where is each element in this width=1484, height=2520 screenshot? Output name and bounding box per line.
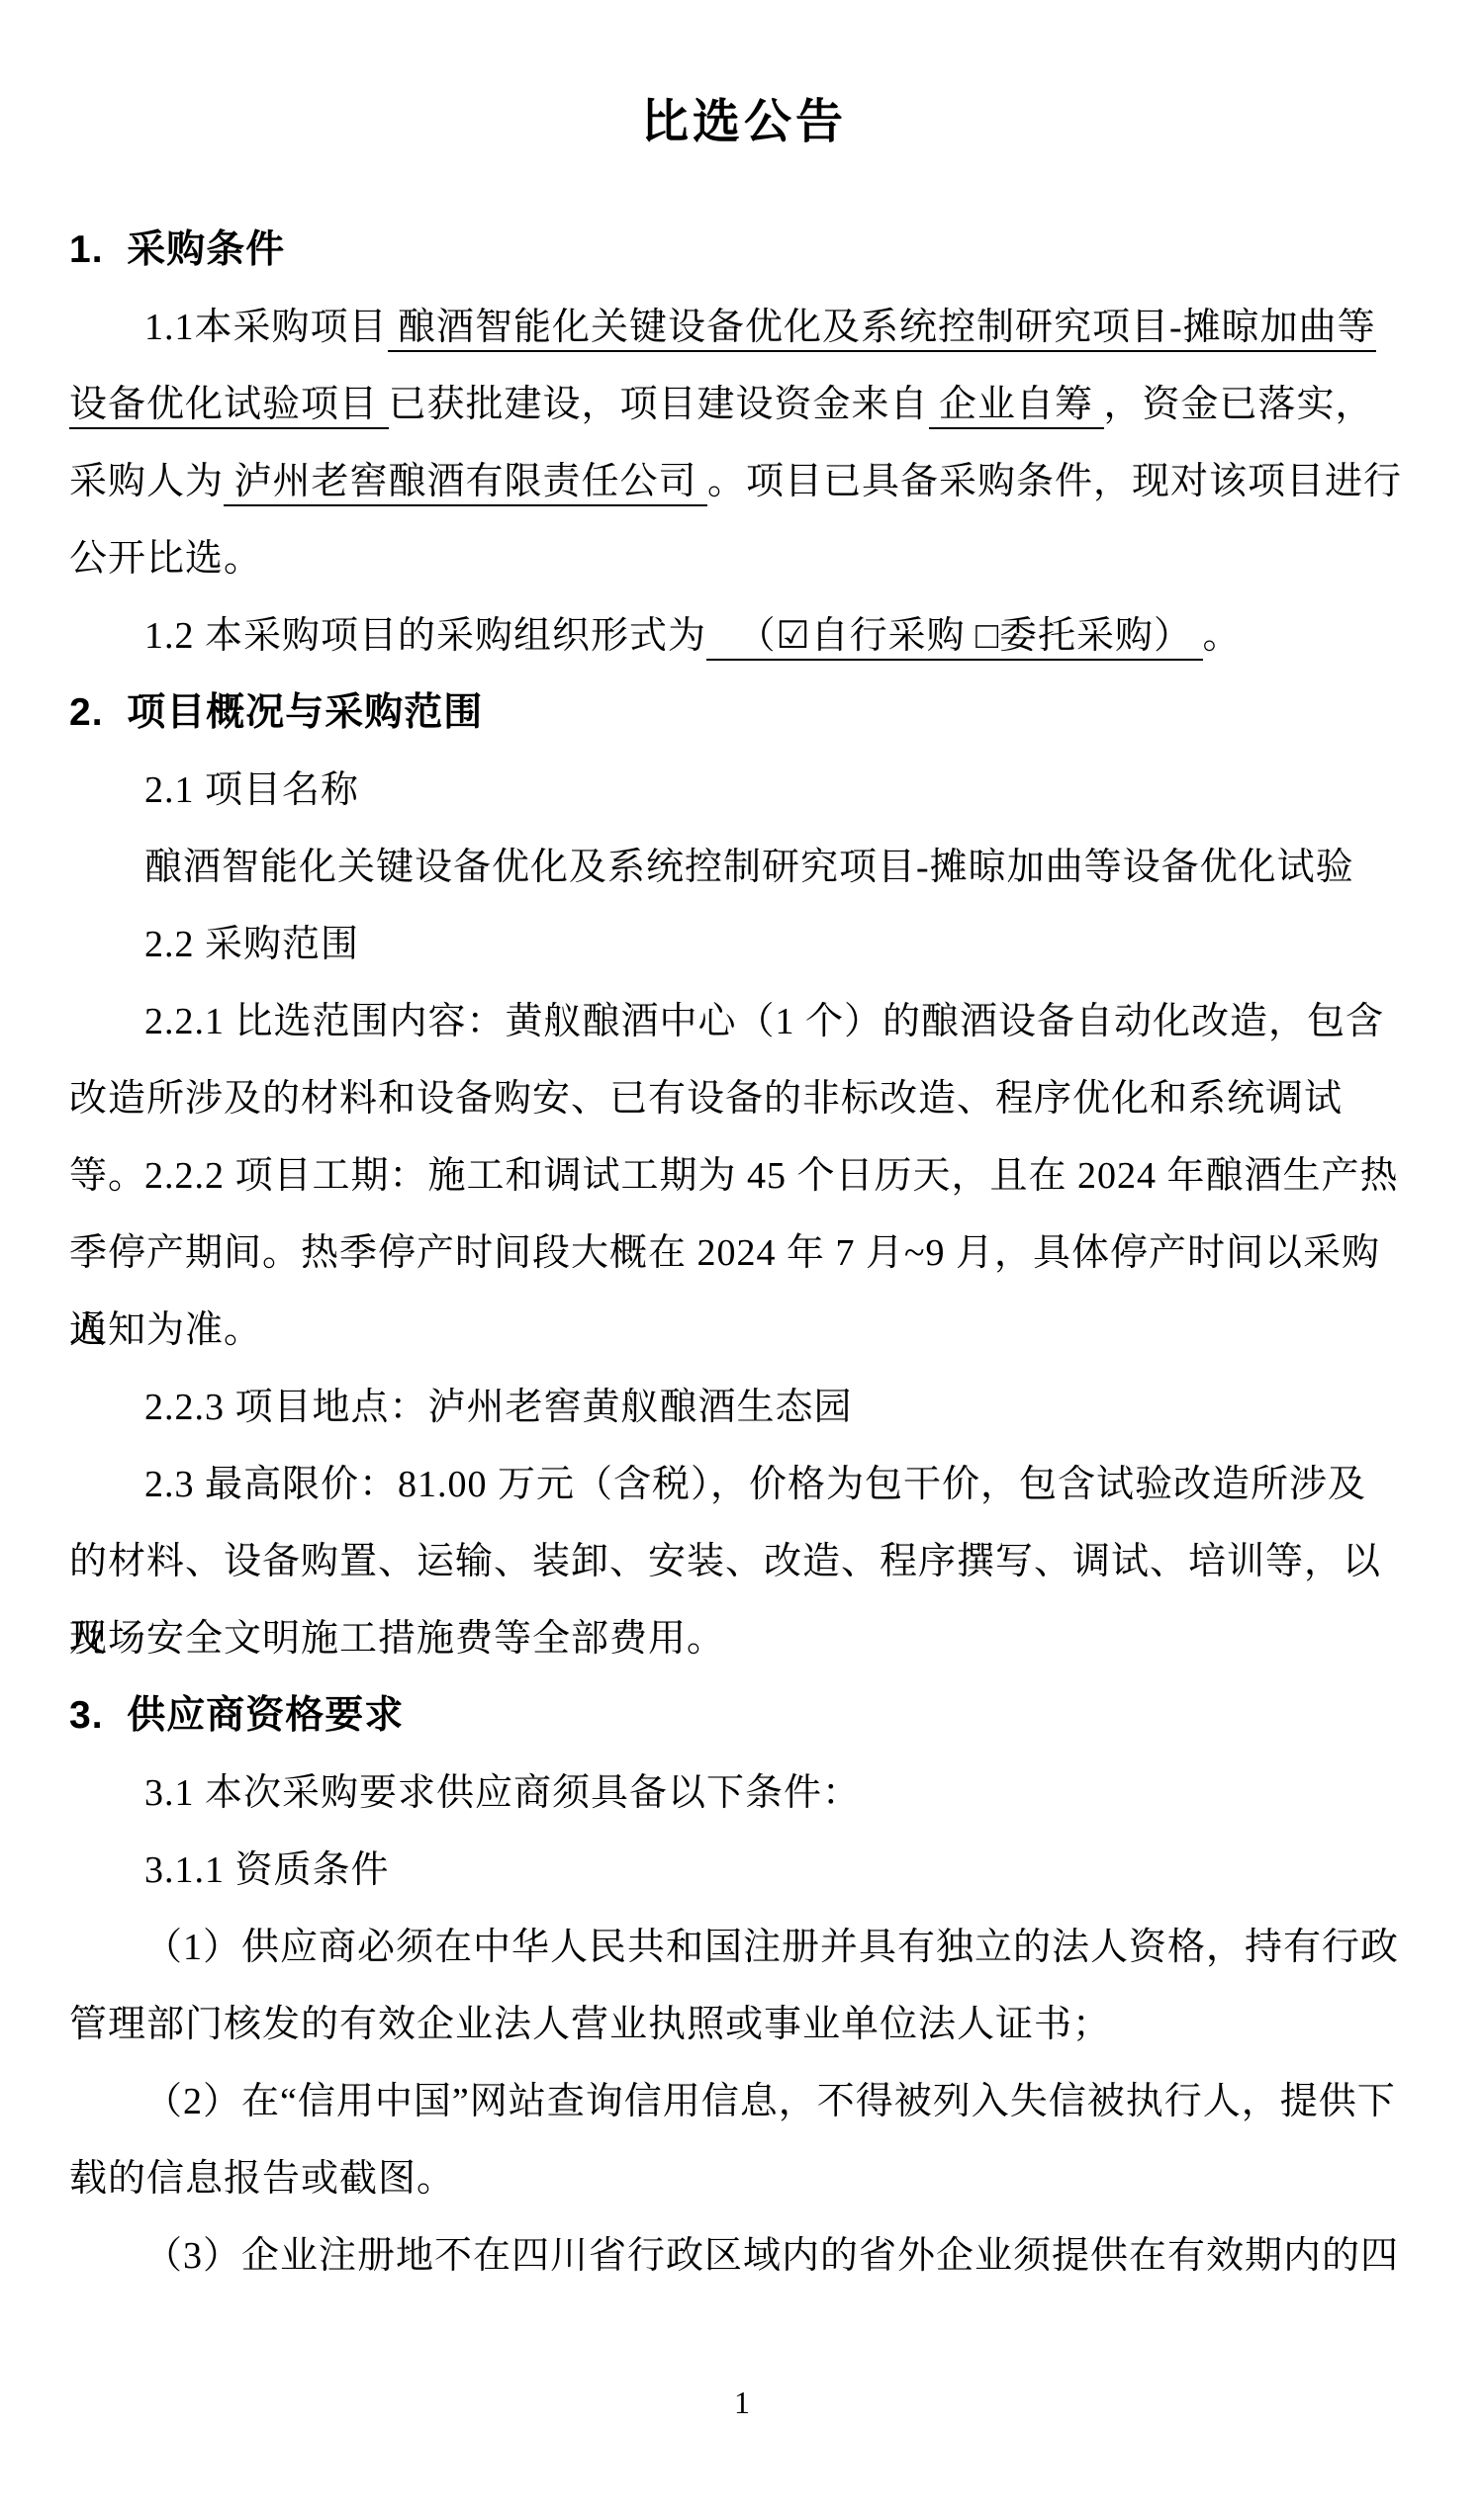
text-segment: 载的信息报告或截图。 bbox=[69, 2158, 455, 2200]
doc-line: 采购人为 泸州老窖酿酒有限责任公司 。项目已具备采购条件，现对该项目进行 bbox=[69, 443, 1419, 520]
page-title: 比选公告 bbox=[69, 77, 1419, 168]
text-segment: 公开比选。 bbox=[69, 538, 262, 580]
doc-line: 1.2 本采购项目的采购组织形式为 （☑自行采购 □委托采购） 。 bbox=[69, 597, 1419, 675]
doc-line: 3.1 本次采购要求供应商须具备以下条件： bbox=[69, 1755, 1419, 1832]
doc-line: 1.1本采购项目 酿酒智能化关键设备优化及系统控制研究项目-摊晾加曲等 bbox=[69, 289, 1419, 366]
doc-line: 载的信息报告或截图。 bbox=[69, 2140, 1419, 2217]
text-segment: 通知为准。 bbox=[69, 1309, 262, 1351]
text-segment: 3.1 本次采购要求供应商须具备以下条件： bbox=[144, 1772, 861, 1814]
document-page: 比选公告 1. 采购条件1.1本采购项目 酿酒智能化关键设备优化及系统控制研究项… bbox=[0, 0, 1484, 2520]
text-segment: 2. 项目概况与采购范围 bbox=[69, 691, 483, 734]
doc-line: （3）企业注册地不在四川省行政区域内的省外企业须提供在有效期内的四 bbox=[69, 2217, 1419, 2295]
text-segment: 1.2 本采购项目的采购组织形式为 bbox=[144, 615, 706, 657]
doc-line: 2.2.1 比选范围内容：黄舣酿酒中心（1 个）的酿酒设备自动化改造，包含 bbox=[69, 983, 1419, 1060]
doc-line: 公开比选。 bbox=[69, 520, 1419, 597]
text-segment: 。项目已具备采购条件，现对该项目进行 bbox=[707, 461, 1402, 502]
doc-line: 的材料、设备购置、运输、装卸、安装、改造、程序撰写、调试、培训等，以及 bbox=[69, 1523, 1419, 1600]
underlined-fill-in-text: 酿酒智能化关键设备优化及系统控制研究项目-摊晾加曲等 bbox=[388, 307, 1376, 352]
text-segment: 酿酒智能化关键设备优化及系统控制研究项目-摊晾加曲等设备优化试验 bbox=[144, 847, 1354, 888]
text-segment: 现场安全文明施工措施费等全部费用。 bbox=[69, 1618, 725, 1660]
doc-heading-line: 3. 供应商资格要求 bbox=[69, 1677, 1419, 1755]
doc-line: 2.1 项目名称 bbox=[69, 752, 1419, 829]
doc-line: 2.3 最高限价：81.00 万元（含税），价格为包干价，包含试验改造所涉及 bbox=[69, 1446, 1419, 1523]
doc-line: 2.2.3 项目地点：泸州老窖黄舣酿酒生态园 bbox=[69, 1369, 1419, 1446]
underlined-fill-in-text: （☑自行采购 □委托采购） bbox=[706, 615, 1203, 661]
doc-heading-line: 1. 采购条件 bbox=[69, 212, 1419, 289]
text-segment: ，资金已落实， bbox=[1104, 384, 1374, 425]
text-segment: 管理部门核发的有效企业法人营业执照或事业单位法人证书； bbox=[69, 2004, 1111, 2045]
document-content: 比选公告 1. 采购条件1.1本采购项目 酿酒智能化关键设备优化及系统控制研究项… bbox=[0, 0, 1484, 2295]
text-segment: 2.1 项目名称 bbox=[144, 769, 359, 811]
underlined-fill-in-text: 企业自筹 bbox=[929, 384, 1104, 429]
underlined-fill-in-text: 泸州老窖酿酒有限责任公司 bbox=[224, 461, 707, 506]
text-segment: 2.2.2 项目工期：施工和调试工期为 45 个日历天，且在 2024 年酿酒生… bbox=[144, 1155, 1399, 1197]
text-segment: 1.1本采购项目 bbox=[144, 307, 388, 348]
doc-line: 通知为准。 bbox=[69, 1292, 1419, 1369]
text-segment: 1. 采购条件 bbox=[69, 228, 285, 271]
text-segment: 2.2 采购范围 bbox=[144, 924, 359, 965]
doc-line: 改造所涉及的材料和设备购安、已有设备的非标改造、程序优化和系统调试等。 bbox=[69, 1060, 1419, 1137]
document-body: 1. 采购条件1.1本采购项目 酿酒智能化关键设备优化及系统控制研究项目-摊晾加… bbox=[69, 212, 1419, 2295]
text-segment: 2.2.1 比选范围内容：黄舣酿酒中心（1 个）的酿酒设备自动化改造，包含 bbox=[144, 1001, 1384, 1042]
doc-line: 管理部门核发的有效企业法人营业执照或事业单位法人证书； bbox=[69, 1986, 1419, 2063]
title-spacer bbox=[69, 168, 1419, 212]
doc-line: 季停产期间。热季停产时间段大概在 2024 年 7 月~9 月，具体停产时间以采… bbox=[69, 1215, 1419, 1292]
underlined-fill-in-text: 设备优化试验项目 bbox=[69, 384, 389, 429]
text-segment: （1）供应商必须在中华人民共和国注册并具有独立的法人资格，持有行政 bbox=[144, 1927, 1399, 1968]
doc-line: 2.2.2 项目工期：施工和调试工期为 45 个日历天，且在 2024 年酿酒生… bbox=[69, 1137, 1419, 1215]
text-segment: 已获批建设，项目建设资金来自 bbox=[389, 384, 929, 425]
text-segment: （3）企业注册地不在四川省行政区域内的省外企业须提供在有效期内的四 bbox=[144, 2235, 1399, 2277]
text-segment: 2.3 最高限价：81.00 万元（含税），价格为包干价，包含试验改造所涉及 bbox=[144, 1464, 1366, 1505]
doc-line: 3.1.1 资质条件 bbox=[69, 1832, 1419, 1909]
doc-line: 现场安全文明施工措施费等全部费用。 bbox=[69, 1600, 1419, 1677]
doc-line: 设备优化试验项目 已获批建设，项目建设资金来自 企业自筹 ，资金已落实， bbox=[69, 366, 1419, 443]
doc-line: 2.2 采购范围 bbox=[69, 906, 1419, 983]
page-number: 1 bbox=[0, 2385, 1484, 2421]
doc-line: （2）在“信用中国”网站查询信用信息，不得被列入失信被执行人，提供下 bbox=[69, 2063, 1419, 2140]
text-segment: 3. 供应商资格要求 bbox=[69, 1694, 404, 1737]
text-segment: 采购人为 bbox=[69, 461, 224, 502]
text-segment: （2）在“信用中国”网站查询信用信息，不得被列入失信被执行人，提供下 bbox=[144, 2081, 1396, 2122]
doc-line: 酿酒智能化关键设备优化及系统控制研究项目-摊晾加曲等设备优化试验 bbox=[69, 829, 1419, 906]
doc-heading-line: 2. 项目概况与采购范围 bbox=[69, 675, 1419, 752]
text-segment: 3.1.1 资质条件 bbox=[144, 1849, 390, 1891]
doc-line: （1）供应商必须在中华人民共和国注册并具有独立的法人资格，持有行政 bbox=[69, 1909, 1419, 1986]
text-segment: 。 bbox=[1203, 615, 1242, 657]
text-segment: 2.2.3 项目地点：泸州老窖黄舣酿酒生态园 bbox=[144, 1387, 853, 1428]
